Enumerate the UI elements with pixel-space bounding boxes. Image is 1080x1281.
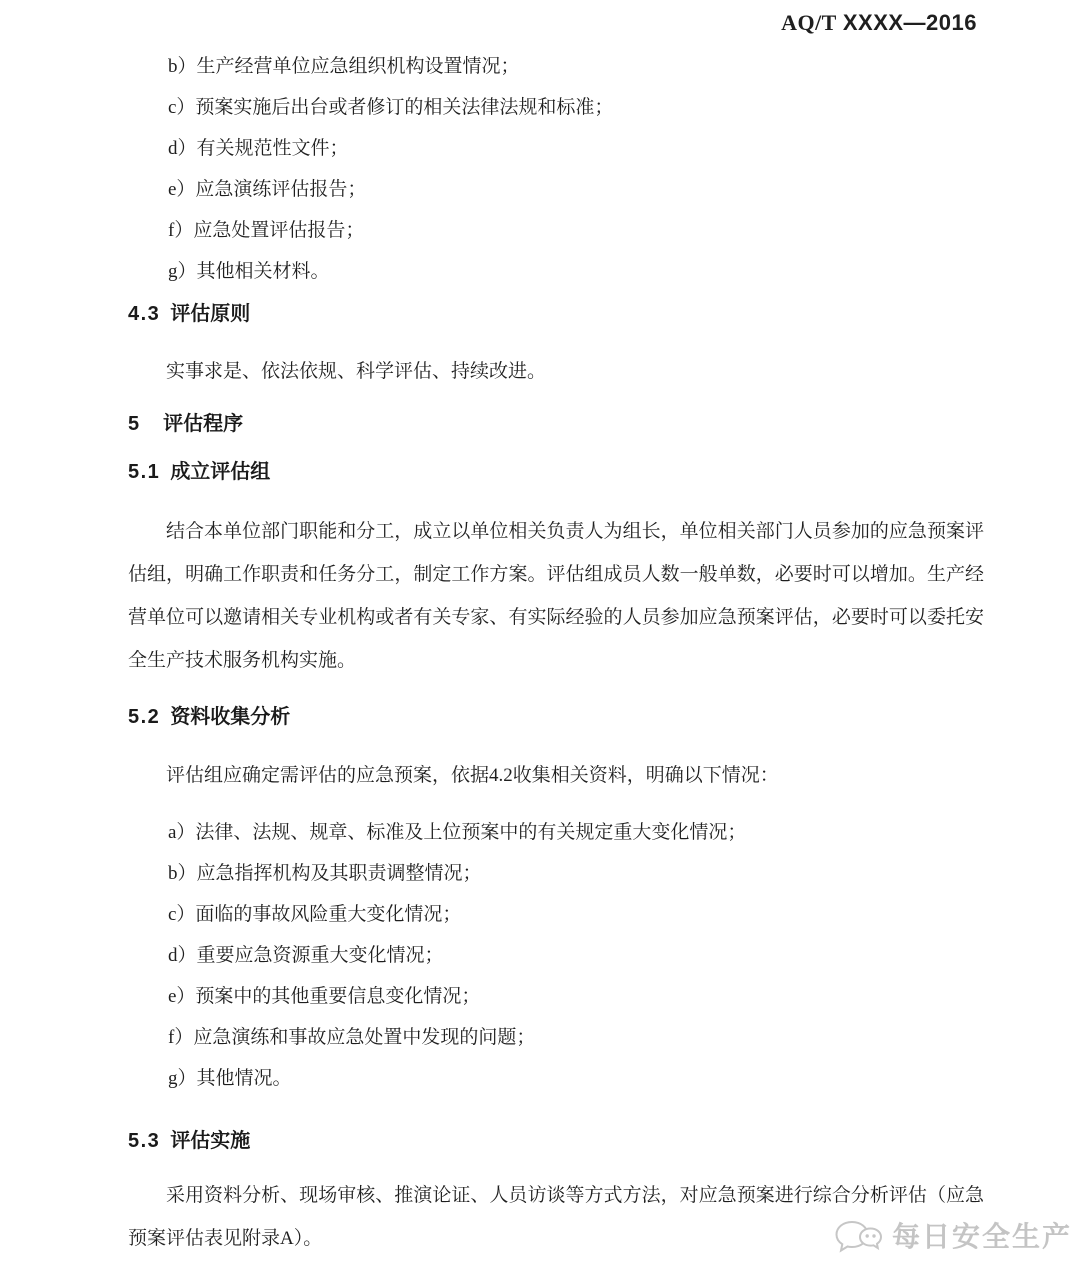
- paragraph-5-2-intro: 评估组应确定需评估的应急预案，依据4.2收集相关资料，明确以下情况：: [128, 763, 984, 789]
- heading-title: 评估程序: [163, 413, 243, 435]
- list-item: f）应急演练和事故应急处置中发现的问题；: [128, 1026, 984, 1050]
- heading-number: 4.3: [128, 303, 160, 325]
- heading-title: 资料收集分析: [170, 706, 290, 728]
- paragraph-4-3: 实事求是、依法依规、科学评估、持续改进。: [128, 359, 984, 385]
- paragraph-5-1: 结合本单位部门职能和分工，成立以单位相关负责人为组长，单位相关部门人员参加的应急…: [128, 510, 984, 682]
- list-item: a）法律、法规、规章、标准及上位预案中的有关规定重大变化情况；: [128, 821, 984, 845]
- heading-number: 5.2: [128, 706, 160, 728]
- list-item: c）预案实施后出台或者修订的相关法律法规和标准；: [128, 96, 984, 120]
- list-item: b）生产经营单位应急组织机构设置情况；: [128, 55, 984, 79]
- list-item: d）有关规范性文件；: [128, 137, 984, 161]
- section-heading-5-1: 5.1成立评估组: [128, 459, 984, 485]
- list-item: d）重要应急资源重大变化情况；: [128, 944, 984, 968]
- heading-title: 成立评估组: [170, 461, 270, 483]
- section-heading-4-3: 4.3评估原则: [128, 301, 984, 327]
- heading-title: 评估原则: [170, 303, 250, 325]
- heading-number: 5.1: [128, 461, 160, 483]
- list-item: g）其他相关材料。: [128, 260, 984, 284]
- section-heading-5-2: 5.2资料收集分析: [128, 704, 984, 730]
- changes-list-5-2: a）法律、法规、规章、标准及上位预案中的有关规定重大变化情况； b）应急指挥机构…: [128, 821, 984, 1091]
- list-item: e）预案中的其他重要信息变化情况；: [128, 985, 984, 1009]
- list-item: g）其他情况。: [128, 1067, 984, 1091]
- list-item: f）应急处置评估报告；: [128, 219, 984, 243]
- list-item: b）应急指挥机构及其职责调整情况；: [128, 862, 984, 886]
- list-item: e）应急演练评估报告；: [128, 178, 984, 202]
- document-body: b）生产经营单位应急组织机构设置情况； c）预案实施后出台或者修订的相关法律法规…: [128, 0, 984, 1260]
- heading-title: 评估实施: [170, 1130, 250, 1152]
- chapter-heading-5: 5评估程序: [128, 411, 984, 437]
- heading-number: 5.3: [128, 1130, 160, 1152]
- heading-number: 5: [128, 413, 139, 435]
- materials-list-4-2: b）生产经营单位应急组织机构设置情况； c）预案实施后出台或者修订的相关法律法规…: [128, 55, 984, 284]
- paragraph-5-3: 采用资料分析、现场审核、推演论证、人员访谈等方式方法，对应急预案进行综合分析评估…: [128, 1174, 984, 1260]
- list-item: c）面临的事故风险重大变化情况；: [128, 903, 984, 927]
- section-heading-5-3: 5.3评估实施: [128, 1128, 984, 1154]
- document-page: AQ/TXXXX—2016 b）生产经营单位应急组织机构设置情况； c）预案实施…: [0, 0, 1080, 1281]
